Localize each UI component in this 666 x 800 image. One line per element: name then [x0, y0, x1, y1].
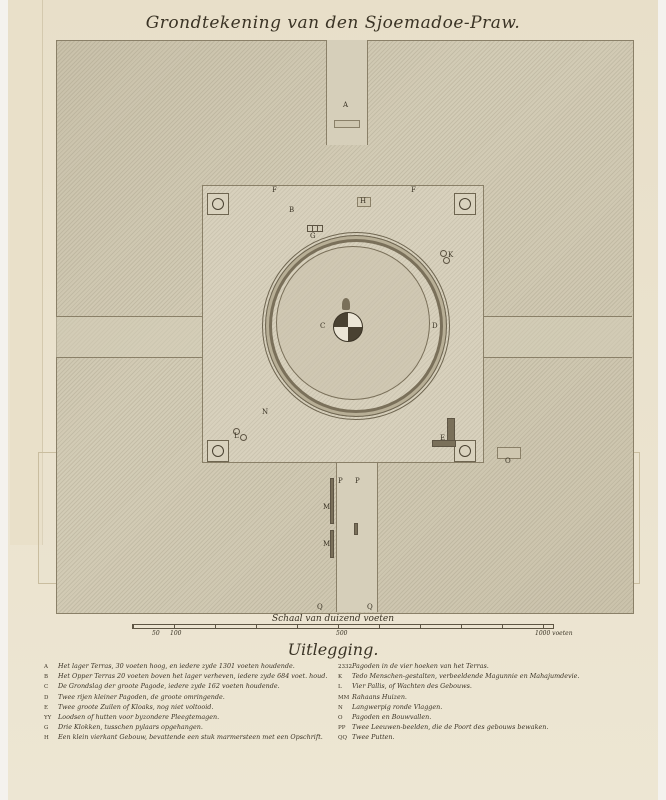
legend-item: BHet Opper Terras 20 voeten boven het la…: [44, 672, 334, 682]
palli-2: [240, 434, 247, 441]
legend-item: CDe Grondslag der groote Pagode, iedere …: [44, 682, 334, 692]
label-q-right: Q: [367, 603, 373, 611]
label-o: O: [505, 457, 511, 465]
label-p-left: P: [338, 477, 343, 485]
label-m-lower: M: [323, 540, 330, 548]
legend-item: YYLoodsen of hutten voor byzondere Pleeg…: [44, 713, 334, 723]
legend-item: KTedo Menschen-gestalten, verbeeldende M…: [338, 672, 638, 682]
legend-item: OPagoden en Bouwvallen.: [338, 713, 638, 723]
label-p-right: P: [355, 477, 360, 485]
monk-house-1: [330, 478, 334, 524]
scale-tick-500: 500: [336, 630, 347, 637]
legend-item: LVier Pallis, of Wachten des Gebouws.: [338, 682, 638, 692]
statue-1: [440, 250, 447, 257]
legend-item: ETwee groote Zuilen of Kloaks, nog niet …: [44, 703, 334, 713]
west-causeway: [56, 316, 202, 358]
legend-item: AHet lager Terras, 30 voeten hoog, en ie…: [44, 662, 334, 672]
legend-item: MMRahaans Huizen.: [338, 693, 638, 703]
label-q-left: Q: [317, 603, 323, 611]
label-n: N: [262, 408, 268, 416]
scale-title: Schaal van duizend voeten: [0, 614, 666, 624]
label-b: B: [289, 206, 294, 214]
label-e: E: [440, 434, 445, 442]
corner-pagoda-sw: [207, 440, 229, 462]
scale-tick-1000: 1000 voeten: [535, 630, 573, 637]
legend-item: HEen klein vierkant Gebouw, bevattende e…: [44, 733, 334, 743]
label-l: L: [234, 432, 239, 440]
monk-house-2: [330, 530, 334, 558]
monk-house-3: [354, 523, 358, 535]
legend-item: GDrie Klokken, tusschen pylaars opgehang…: [44, 723, 334, 733]
legend-item: NLangwerpig ronde Vlaggen.: [338, 703, 638, 713]
legend-item: DTwee rijen kleiner Pagoden, de groote o…: [44, 693, 334, 703]
north-gate: [334, 120, 360, 128]
legend-title: Uitlegging.: [0, 640, 666, 659]
scale-bar: [132, 624, 554, 629]
great-pagoda: [333, 312, 363, 342]
north-causeway: [326, 40, 368, 145]
bell-3: [317, 225, 323, 232]
spire-icon: [342, 298, 350, 310]
corner-pagoda-nw: [207, 193, 229, 215]
label-h: H: [360, 197, 366, 205]
scale-tick-100: 100: [170, 630, 181, 637]
label-d: D: [432, 322, 438, 330]
label-f-right: F: [411, 186, 416, 194]
corner-pagoda-ne: [454, 193, 476, 215]
legend-item: QQTwee Putten.: [338, 733, 638, 743]
label-f-left: F: [272, 186, 277, 194]
corner-pagoda-se: [454, 440, 476, 462]
label-g: G: [310, 232, 316, 240]
label-a: A: [343, 101, 348, 109]
legend-right-column: 2332Pagoden in de vier hoeken van het Te…: [338, 662, 638, 744]
scale-tick-50: 50: [152, 630, 160, 637]
label-c: C: [320, 322, 325, 330]
legend-item: 2332Pagoden in de vier hoeken van het Te…: [338, 662, 638, 672]
legend-left-column: AHet lager Terras, 30 voeten hoog, en ie…: [44, 662, 334, 744]
map-title: Grondtekening van den Sjoemadoe-Praw.: [0, 13, 666, 33]
label-k: K: [448, 251, 453, 259]
label-m-upper: M: [323, 503, 330, 511]
legend-item: PPTwee Leeuwen-beelden, die de Poort des…: [338, 723, 638, 733]
east-causeway: [482, 316, 632, 358]
